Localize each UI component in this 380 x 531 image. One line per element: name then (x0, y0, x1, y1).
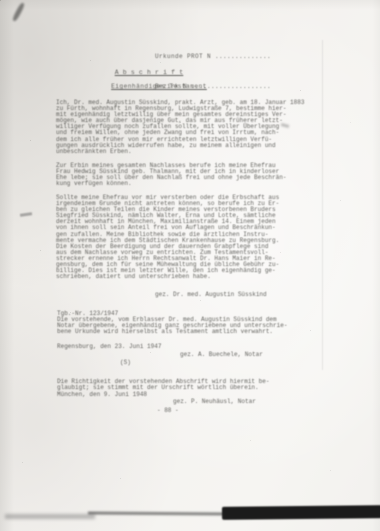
scan-smear-bottom-left (5, 514, 95, 519)
text-line: kung verfügen können. (56, 181, 300, 187)
document-subtitle: Eigenhändiges Testament (39, 84, 279, 90)
paragraph-3: Sollte meine Ehefrau vor mir versterben … (56, 195, 300, 280)
paragraph-2: Zur Erbin meines gesamten Nachlasses ber… (56, 163, 300, 187)
ink-dash-left-margin (20, 212, 32, 216)
certification-date: München, den 9. Juni 1948 (57, 392, 147, 398)
paper-fold-line (322, 40, 323, 370)
text-line: bene Urkunde wird hierselbst als Testame… (57, 329, 307, 335)
scan-band-bottom-right (222, 505, 380, 520)
page-number: - 88 - (157, 408, 179, 414)
notary-date-line: Regensburg, den 23. Juni 1947 (57, 344, 161, 350)
certification-signature: gez. P. Neuhäusl, Notar (173, 399, 256, 405)
scanned-document-page: Urkunde PROT N .............. Bezirk N .… (0, 0, 380, 531)
paragraph-1: Ich, Dr. med. Augustin Süsskind, prakt. … (56, 100, 300, 155)
text-line: schrieben, datiert und unterschrieben ha… (56, 274, 300, 280)
reference-line-1: Urkunde PROT N .............. (155, 48, 271, 66)
document-title: A b s c h r i f t (29, 70, 269, 76)
ink-streak-top-left (12, 2, 26, 22)
testator-signature: gez. Dr. med. Augustin Süsskind (155, 292, 267, 298)
notary-signature: gez. A. Buechele, Notar (180, 352, 263, 358)
scan-line-bottom-middle (88, 512, 230, 516)
text-line: unbeschränkten Erben. (56, 149, 300, 155)
notary-registration-block: Tgb.-Nr. 123/1947Die vorstehende, vom Er… (57, 311, 307, 335)
seal-mark: (S) (120, 360, 131, 366)
certification-block: Die Richtigkeit der vorstehenden Abschri… (57, 379, 297, 391)
